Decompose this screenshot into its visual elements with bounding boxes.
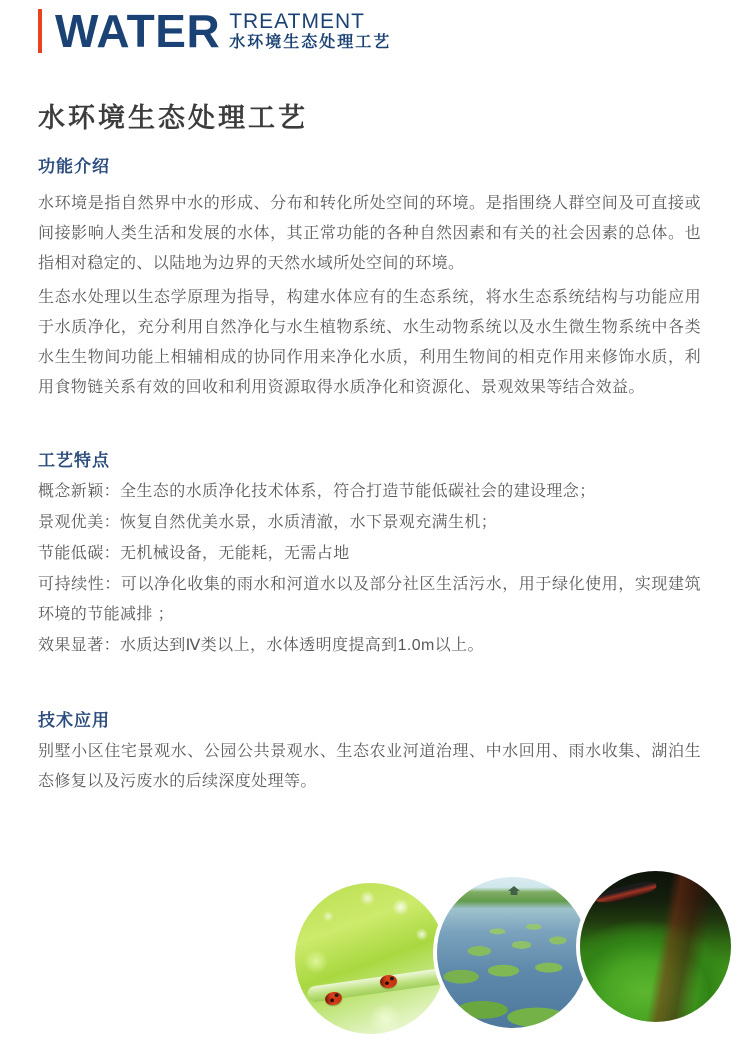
paragraph-application-scenarios: 别墅小区住宅景观水、公园公共景观水、生态农业河道治理、中水回用、雨水收集、湖泊生… bbox=[38, 737, 701, 797]
feature-beautiful-landscape: 景观优美：恢复自然优美水景，水质清澈，水下景观充满生机； bbox=[38, 508, 701, 538]
page: WATER TREATMENT 水环境生态处理工艺 水环境生态处理工艺 功能介绍… bbox=[0, 0, 739, 1042]
paragraph-eco-treatment-principle: 生态水处理以生态学原理为指导，构建水体应有的生态系统，将水生态系统结构与功能应用… bbox=[38, 283, 701, 403]
paragraph-water-environment-definition: 水环境是指自然界中水的形成、分布和转化所处空间的环境。是指围绕人群空间及可直接或… bbox=[38, 189, 701, 279]
section-heading-applications: 技术应用 bbox=[38, 709, 701, 733]
section-function-intro: 功能介绍 水环境是指自然界中水的形成、分布和转化所处空间的环境。是指围绕人群空间… bbox=[38, 155, 701, 403]
section-heading-process-features: 工艺特点 bbox=[38, 449, 701, 473]
feature-notable-effect: 效果显著：水质达到Ⅳ类以上，水体透明度提高到1.0m以上。 bbox=[38, 631, 701, 661]
fish-graphic bbox=[594, 879, 657, 907]
section-applications: 技术应用 别墅小区住宅景观水、公园公共景观水、生态农业河道治理、中水回用、雨水收… bbox=[38, 709, 701, 797]
page-title: 水环境生态处理工艺 bbox=[38, 101, 701, 135]
dew-leaf-ladybugs-photo bbox=[295, 883, 446, 1034]
feature-low-carbon: 节能低碳：无机械设备，无能耗，无需占地 bbox=[38, 539, 701, 569]
underwater-grass-photo bbox=[580, 871, 731, 1022]
section-heading-function-intro: 功能介绍 bbox=[38, 155, 701, 179]
pavilion-graphic bbox=[508, 886, 520, 895]
section-process-features: 工艺特点 概念新颖：全生态的水质净化技术体系，符合打造节能低碳社会的建设理念； … bbox=[38, 449, 701, 661]
article: 水环境生态处理工艺 功能介绍 水环境是指自然界中水的形成、分布和转化所处空间的环… bbox=[38, 0, 701, 797]
feature-novel-concept: 概念新颖：全生态的水质净化技术体系，符合打造节能低碳社会的建设理念； bbox=[38, 477, 701, 507]
feature-sustainability: 可持续性：可以净化收集的雨水和河道水以及部分社区生活污水，用于绿化使用，实现建筑… bbox=[38, 570, 701, 630]
lily-pond-photo bbox=[437, 877, 588, 1028]
